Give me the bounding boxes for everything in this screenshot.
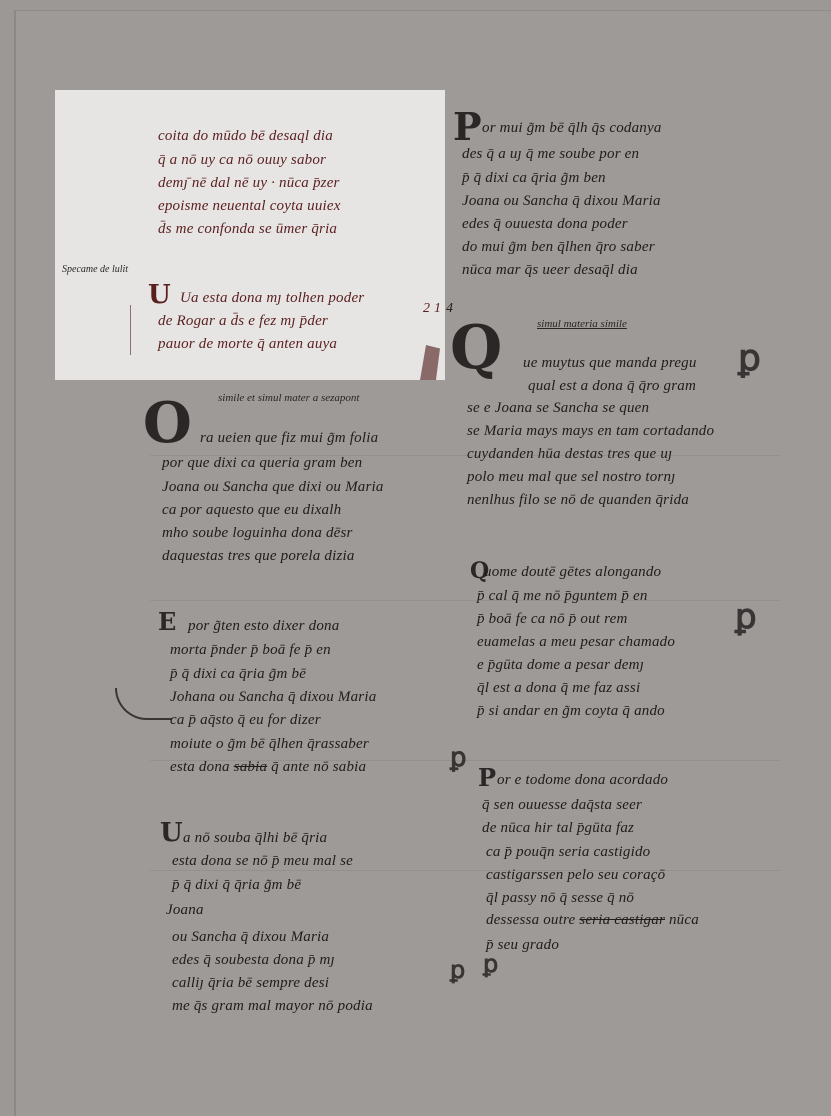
text-line: dessessa outre seria castigar nūca — [486, 912, 699, 929]
paragraph-mark-icon: ꝑ — [450, 745, 467, 771]
initial-letter-e: E — [158, 610, 176, 634]
text-line: por que dixi ca queria gram ben — [162, 455, 362, 472]
ruling-line — [150, 600, 780, 601]
text-line: se e Joana se Sancha se quen — [467, 400, 649, 417]
text-line: qual est a dona q̄ q̄ro gram — [528, 378, 696, 395]
text-line: p̄ q̄ dixi ca q̄ria g̃m ben — [462, 170, 606, 187]
highlight-line: Ua esta dona mȷ tolhen poder — [180, 290, 364, 307]
text-line: cuydanden hūa destas tres que uȷ — [467, 446, 672, 463]
text-fragment: q̄ ante nō sabia — [271, 759, 366, 775]
text-line: or mui g̃m bē q̄lh q̄s codanya — [482, 120, 662, 137]
text-line: Johana ou Sancha q̄ dixou Maria — [170, 689, 376, 706]
initial-letter: U — [148, 282, 171, 308]
paragraph-mark-icon: ꝑ — [483, 952, 498, 976]
text-line: Joana — [166, 902, 204, 919]
text-line: esta dona sabia q̄ ante nō sabia — [170, 759, 366, 776]
margin-stroke — [130, 305, 131, 355]
text-line: p̄ q̄ dixi ca q̄ria g̃m bē — [170, 666, 306, 683]
text-line: esta dona se nō p̄ meu mal se — [172, 853, 353, 870]
highlight-line: epoisme neuental coyta uuiex — [158, 198, 341, 215]
highlight-line: de Rogar a d̄s e fez mȷ p̄der — [158, 313, 328, 330]
text-line: uome doutē gētes alongando — [484, 564, 661, 581]
text-line: nūca mar q̄s ueer desaq̄l dia — [462, 262, 638, 279]
text-line: me q̄s gram mal mayor nō podia — [172, 998, 373, 1015]
initial-letter-o: O — [143, 395, 192, 451]
text-line: des q̄ a uȷ q̄ me soube por en — [462, 146, 639, 163]
text-line: ca p̄ aq̄sto q̄ eu for dizer — [170, 712, 321, 729]
text-line: de nūca hir tal p̄gūta faz — [482, 820, 634, 837]
text-line: por g̃ten esto dixer dona — [188, 618, 339, 635]
text-fragment: esta dona — [170, 759, 230, 775]
text-line: mho soube loguinha dona dēsr — [162, 525, 353, 542]
paragraph-mark-icon: ꝑ — [735, 600, 757, 634]
folio-digit: 1 — [434, 301, 441, 316]
highlight-line: demȷ̄ nē dal nē uy · nūca p̄zer — [158, 175, 340, 192]
text-line: q̄l est a dona q̄ me faz assi — [477, 680, 640, 697]
text-line: morta p̄nder p̄ boā fe p̄ en — [170, 642, 331, 659]
highlight-line: q̄ a nō uy ca nō ouuy sabor — [158, 152, 326, 169]
text-line: ra ueien que fiz mui g̃m folia — [200, 430, 378, 447]
text-line: castigarssen pelo seu coraçō — [486, 867, 665, 884]
text-line: edes q̄ ouuesta dona poder — [462, 216, 628, 233]
text-line: nenlhus filo se nō de quanden q̄rida — [467, 492, 689, 509]
struck-text: seria castigar — [579, 912, 665, 928]
text-line: calliȷ q̄ria bē sempre desi — [172, 975, 329, 992]
text-line: edes q̄ soubesta dona p̄ mȷ — [172, 952, 335, 969]
highlight-line: d̄s me confonda se ūmer q̄ria — [158, 221, 337, 238]
text-line: a nō souba q̄lhi bē q̄ria — [183, 830, 327, 847]
highlight-line: coita do mūdo bē desaql dia — [158, 128, 333, 145]
initial-letter-u: U — [160, 820, 183, 846]
initial-letter-p: P — [453, 108, 482, 146]
folio-digit: 2 — [423, 301, 430, 316]
text-line: euamelas a meu pesar chamado — [477, 634, 675, 651]
text-line: ca p̄ pouq̄n seria castigido — [486, 844, 650, 861]
text-line: ue muytus que manda pregu — [523, 355, 697, 372]
text-fragment: dessessa outre — [486, 912, 575, 928]
highlight-line: pauor de morte q̄ anten auya — [158, 336, 337, 353]
text-line: se Maria mays mays en tam cortadando — [467, 423, 714, 440]
text-line: Joana ou Sancha q̄ dixou Maria — [462, 193, 661, 210]
paragraph-mark-icon: ꝑ — [738, 340, 761, 376]
text-line: daquestas tres que porela dizia — [162, 548, 355, 565]
text-line: q̄ sen ouuesse daq̄sta seer — [482, 797, 642, 814]
ruling-line — [150, 870, 780, 871]
text-line: Joana ou Sancha que dixi ou Maria — [162, 479, 384, 496]
struck-text: sabia — [234, 759, 268, 775]
text-line: or e todome dona acordado — [497, 772, 668, 789]
text-line: ou Sancha q̄ dixou Maria — [172, 929, 329, 946]
text-line: e p̄gūta dome a pesar demȷ — [477, 657, 644, 674]
text-line: moiute o g̃m bē q̄lhen q̄rassaber — [170, 736, 369, 753]
text-line: ca por aquesto que eu dixalh — [162, 502, 341, 519]
text-line: p̄ si andar en g̃m coyta q̄ ando — [477, 703, 665, 720]
text-line: polo meu mal que sel nostro tornȷ — [467, 469, 676, 486]
margin-note: Specame de lulit — [62, 264, 128, 275]
text-line: p̄ cal q̄ me nō p̄guntem p̄ en — [477, 588, 648, 605]
text-line: q̄l passy nō q̄ sesse q̄ nō — [486, 890, 634, 907]
initial-letter-q: Q — [450, 318, 502, 378]
rubric: simile et simul mater a sezapont — [218, 392, 359, 404]
text-line: p̄ q̄ dixi q̄ q̄ria g̃m bē — [172, 877, 301, 894]
text-fragment: nūca — [669, 912, 699, 928]
paragraph-mark-icon: ꝑ — [450, 958, 465, 982]
text-line: do mui g̃m ben q̄lhen q̄ro saber — [462, 239, 655, 256]
folio-number: 21 — [423, 301, 441, 317]
initial-letter-p: P — [478, 766, 496, 790]
text-line: p̄ boā fe ca nō p̄ out rem — [477, 611, 627, 628]
rubric: simul materia simile — [537, 318, 627, 330]
